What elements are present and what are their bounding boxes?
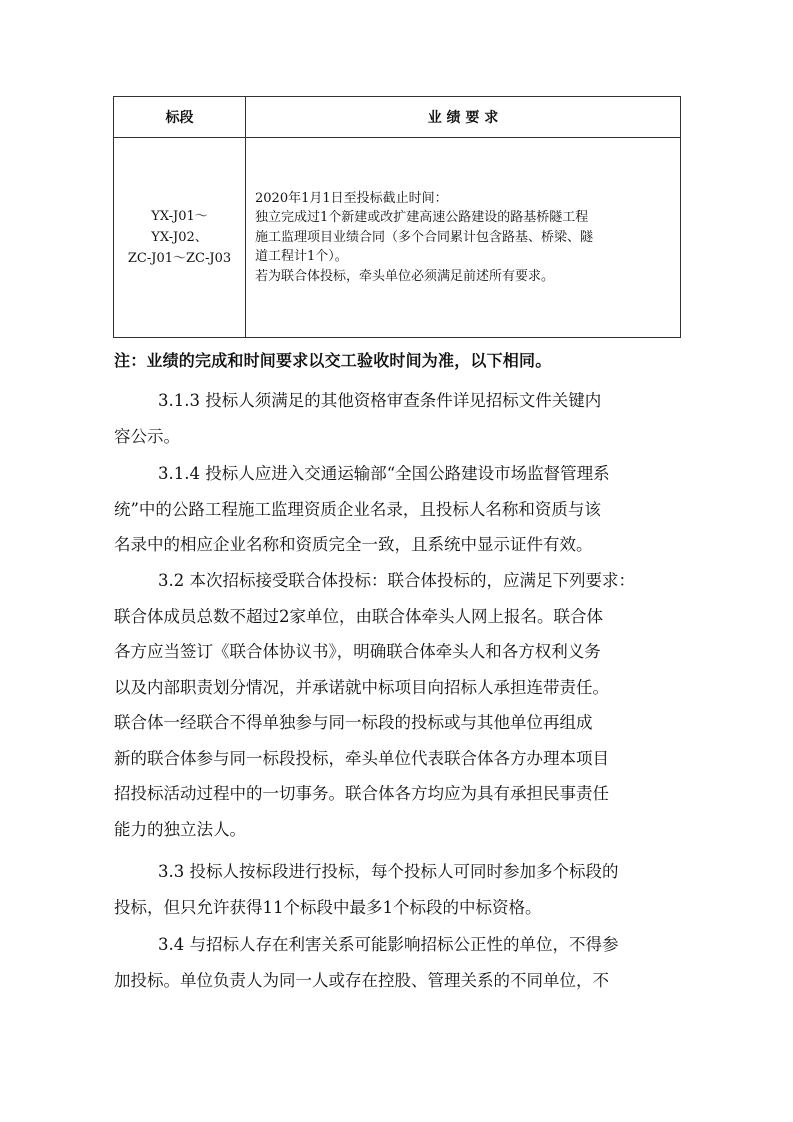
requirement-line: 若为联合体投标，牵头单位必须满足前述所有要求。 bbox=[255, 267, 672, 287]
requirement-line: 2020年1月1日至投标截止时间： bbox=[255, 189, 672, 209]
table-row: YX-J01～ YX-J02、 ZC-J01～ZC-J03 2020年1月1日至… bbox=[114, 138, 681, 338]
paragraph-line: 招投标活动过程中的一切事务。联合体各方均应为具有承担民事责任 bbox=[114, 776, 682, 812]
segment-cell: YX-J01～ YX-J02、 ZC-J01～ZC-J03 bbox=[114, 138, 246, 338]
requirement-line: 独立完成过1个新建或改扩建高速公路建设的路基桥隧工程 bbox=[255, 208, 672, 228]
paragraph-line: 加投标。单位负责人为同一人或存在控股、管理关系的不同单位，不 bbox=[114, 963, 682, 999]
note-text: 注：业绩的完成和时间要求以交工验收时间为准，以下相同。 bbox=[114, 348, 551, 371]
paragraph-3-1-4: 3.1.4 投标人应进入交通运输部“全国公路建设市场监督管理系 统”中的公路工程… bbox=[114, 456, 682, 563]
paragraph-3-2: 3.2 本次招标接受联合体投标：联合体投标的，应满足下列要求： 联合体成员总数不… bbox=[114, 563, 682, 847]
paragraph-line: 3.1.4 投标人应进入交通运输部“全国公路建设市场监督管理系 bbox=[114, 456, 682, 492]
segment-line: ZC-J01～ZC-J03 bbox=[114, 248, 245, 269]
document-page: 标段 业 绩 要 求 YX-J01～ YX-J02、 ZC-J01～ZC-J03… bbox=[0, 0, 793, 1122]
paragraph-3-1-3: 3.1.3 投标人须满足的其他资格审查条件详见招标文件关键内 容公示。 bbox=[114, 383, 682, 454]
paragraph-line: 3.4 与招标人存在利害关系可能影响招标公正性的单位，不得参 bbox=[114, 927, 682, 963]
paragraph-line: 新的联合体参与同一标段投标，牵头单位代表联合体各方办理本项目 bbox=[114, 741, 682, 777]
paragraph-line: 各方应当签订《联合体协议书》，明确联合体牵头人和各方权利义务 bbox=[114, 634, 682, 670]
paragraph-3-3: 3.3 投标人按标段进行投标，每个投标人可同时参加多个标段的 投标，但只允许获得… bbox=[114, 854, 682, 925]
paragraph-3-4: 3.4 与招标人存在利害关系可能影响招标公正性的单位，不得参 加投标。单位负责人… bbox=[114, 927, 682, 998]
paragraph-line: 联合体成员总数不超过2家单位，由联合体牵头人网上报名。联合体 bbox=[114, 599, 682, 635]
paragraph-line: 以及内部职责划分情况，并承诺就中标项目向招标人承担连带责任。 bbox=[114, 670, 682, 706]
header-segment: 标段 bbox=[114, 97, 246, 138]
paragraph-line: 3.2 本次招标接受联合体投标：联合体投标的，应满足下列要求： bbox=[114, 563, 682, 599]
paragraph-line: 名录中的相应企业名称和资质完全一致，且系统中显示证件有效。 bbox=[114, 527, 682, 563]
segment-line: YX-J02、 bbox=[114, 227, 245, 248]
requirement-line: 施工监理项目业绩合同（多个合同累计包含路基、桥梁、隧 bbox=[255, 228, 672, 248]
paragraph-line: 容公示。 bbox=[114, 419, 682, 455]
header-requirement: 业 绩 要 求 bbox=[246, 97, 681, 138]
paragraph-line: 统”中的公路工程施工监理资质企业名录，且投标人名称和资质与该 bbox=[114, 492, 682, 528]
paragraph-line: 3.1.3 投标人须满足的其他资格审查条件详见招标文件关键内 bbox=[114, 383, 682, 419]
paragraph-line: 能力的独立法人。 bbox=[114, 812, 682, 848]
table-header-row: 标段 业 绩 要 求 bbox=[114, 97, 681, 138]
paragraph-line: 投标，但只允许获得11个标段中最多1个标段的中标资格。 bbox=[114, 890, 682, 926]
performance-requirements-table: 标段 业 绩 要 求 YX-J01～ YX-J02、 ZC-J01～ZC-J03… bbox=[113, 96, 681, 338]
requirement-line: 道工程计1个）。 bbox=[255, 247, 672, 267]
requirement-cell: 2020年1月1日至投标截止时间： 独立完成过1个新建或改扩建高速公路建设的路基… bbox=[246, 138, 681, 338]
paragraph-line: 3.3 投标人按标段进行投标，每个投标人可同时参加多个标段的 bbox=[114, 854, 682, 890]
segment-line: YX-J01～ bbox=[114, 206, 245, 227]
paragraph-line: 联合体一经联合不得单独参与同一标段的投标或与其他单位再组成 bbox=[114, 705, 682, 741]
